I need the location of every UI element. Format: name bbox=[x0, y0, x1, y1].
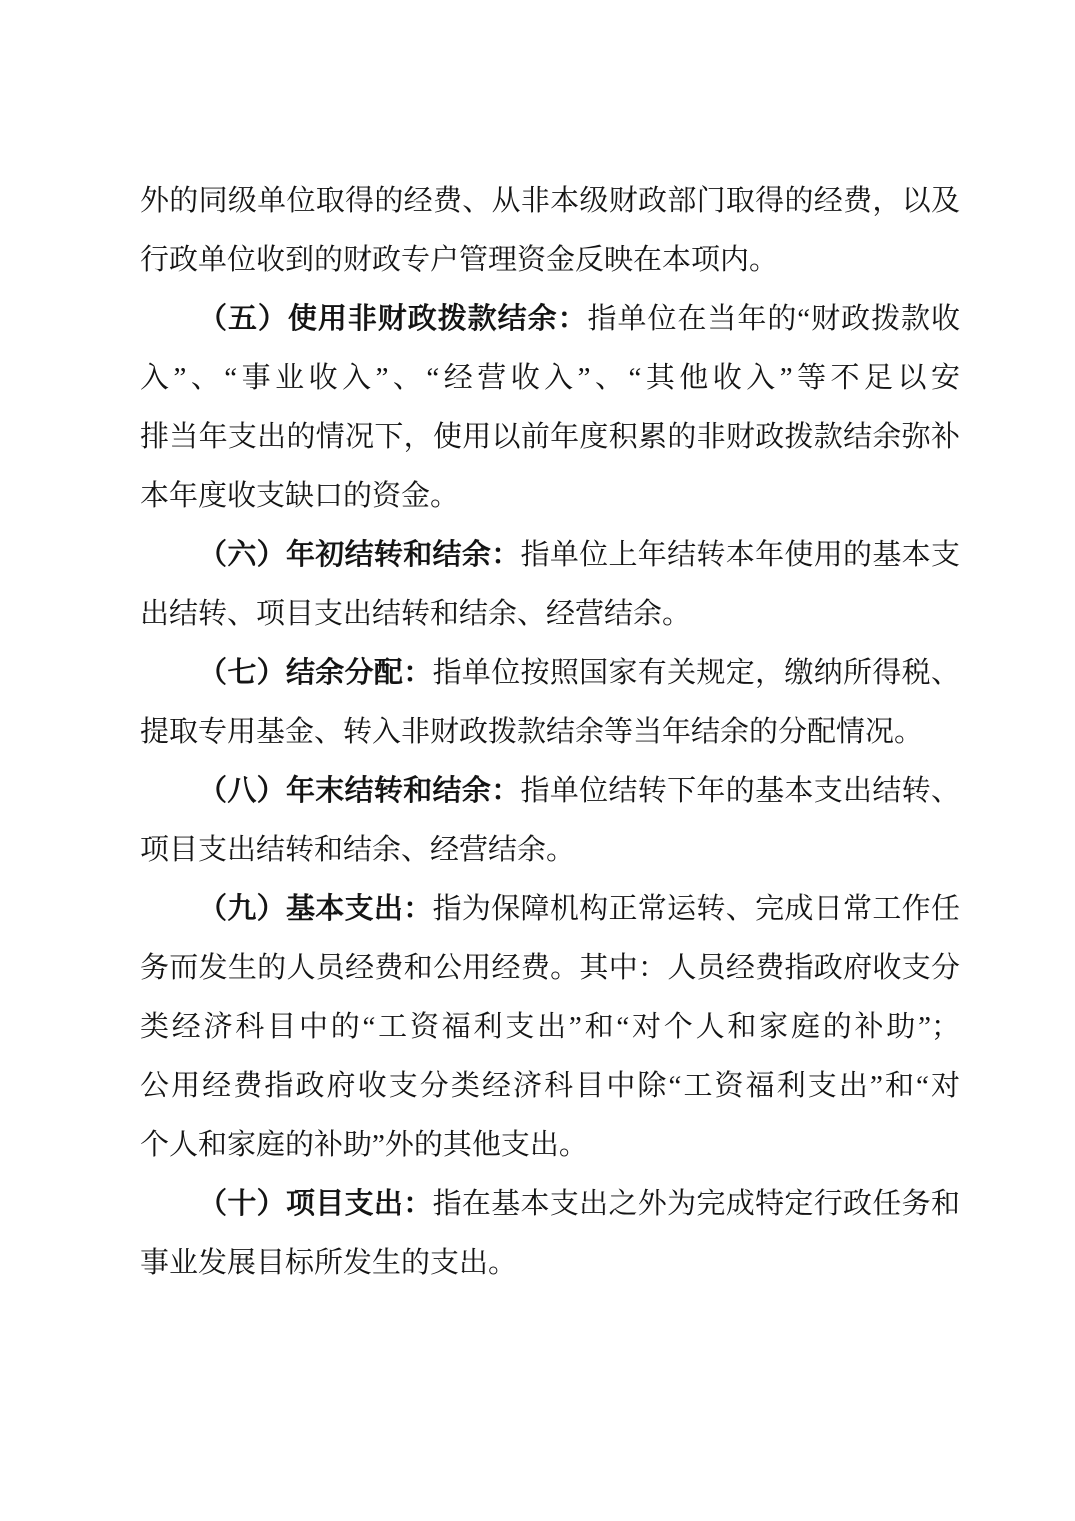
text-line: 出结转、项目支出结转和结余、经营结余。 bbox=[140, 585, 960, 644]
paragraph-lead: （五）使用非财政拨款结余： bbox=[198, 303, 588, 335]
text-line: 行政单位收到的财政专户管理资金反映在本项内。 bbox=[140, 231, 960, 290]
paragraph-text: 出结转、项目支出结转和结余、经营结余。 bbox=[140, 598, 691, 630]
paragraph-text: 外的同级单位取得的经费、从非本级财政部门取得的经费，以及 bbox=[140, 185, 960, 217]
paragraph-lead: （九）基本支出： bbox=[198, 893, 433, 925]
text-line: 入”、“事业收入”、“经营收入”、“其他收入”等不足以安 bbox=[140, 349, 960, 408]
paragraph-text: 指单位在当年的“财政拨款收 bbox=[588, 303, 960, 335]
text-line: 务而发生的人员经费和公用经费。其中：人员经费指政府收支分 bbox=[140, 939, 960, 998]
text-block: 外的同级单位取得的经费、从非本级财政部门取得的经费，以及行政单位收到的财政专户管… bbox=[140, 172, 960, 1293]
paragraph-text: 指为保障机构正常运转、完成日常工作任 bbox=[433, 893, 960, 925]
paragraph-lead: （六）年初结转和结余： bbox=[198, 539, 521, 571]
text-line: 外的同级单位取得的经费、从非本级财政部门取得的经费，以及 bbox=[140, 172, 960, 231]
paragraph-text: 本年度收支缺口的资金。 bbox=[140, 480, 459, 512]
paragraph-text: 公用经费指政府收支分类经济科目中除“工资福利支出”和“对 bbox=[140, 1070, 960, 1102]
text-line: 公用经费指政府收支分类经济科目中除“工资福利支出”和“对 bbox=[140, 1057, 960, 1116]
text-line: （七）结余分配：指单位按照国家有关规定，缴纳所得税、 bbox=[140, 644, 960, 703]
text-line: 本年度收支缺口的资金。 bbox=[140, 467, 960, 526]
paragraph-lead: （七）结余分配： bbox=[198, 657, 433, 689]
text-line: （九）基本支出：指为保障机构正常运转、完成日常工作任 bbox=[140, 880, 960, 939]
paragraph-lead: （八）年末结转和结余： bbox=[198, 775, 521, 807]
paragraph-text: 指单位按照国家有关规定，缴纳所得税、 bbox=[433, 657, 960, 689]
text-line: （八）年末结转和结余：指单位结转下年的基本支出结转、 bbox=[140, 762, 960, 821]
paragraph-lead: （十）项目支出： bbox=[198, 1188, 433, 1220]
paragraph-text: 入”、“事业收入”、“经营收入”、“其他收入”等不足以安 bbox=[140, 362, 960, 394]
text-line: 个人和家庭的补助”外的其他支出。 bbox=[140, 1116, 960, 1175]
paragraph-text: 排当年支出的情况下，使用以前年度积累的非财政拨款结余弥补 bbox=[140, 421, 960, 453]
text-line: 项目支出结转和结余、经营结余。 bbox=[140, 821, 960, 880]
paragraph-text: 类经济科目中的“工资福利支出”和“对个人和家庭的补助”； bbox=[140, 1011, 960, 1043]
text-line: 类经济科目中的“工资福利支出”和“对个人和家庭的补助”； bbox=[140, 998, 960, 1057]
document-page: 外的同级单位取得的经费、从非本级财政部门取得的经费，以及行政单位收到的财政专户管… bbox=[0, 0, 1075, 1521]
text-line: 事业发展目标所发生的支出。 bbox=[140, 1234, 960, 1293]
text-line: （五）使用非财政拨款结余：指单位在当年的“财政拨款收 bbox=[140, 290, 960, 349]
paragraph-text: 个人和家庭的补助”外的其他支出。 bbox=[140, 1129, 588, 1161]
paragraph-text: 务而发生的人员经费和公用经费。其中：人员经费指政府收支分 bbox=[140, 952, 960, 984]
paragraph-text: 指在基本支出之外为完成特定行政任务和 bbox=[433, 1188, 960, 1220]
paragraph-text: 项目支出结转和结余、经营结余。 bbox=[140, 834, 575, 866]
text-line: 排当年支出的情况下，使用以前年度积累的非财政拨款结余弥补 bbox=[140, 408, 960, 467]
paragraph-text: 指单位结转下年的基本支出结转、 bbox=[521, 775, 960, 807]
text-line: （十）项目支出：指在基本支出之外为完成特定行政任务和 bbox=[140, 1175, 960, 1234]
paragraph-text: 事业发展目标所发生的支出。 bbox=[140, 1247, 517, 1279]
paragraph-text: 提取专用基金、转入非财政拨款结余等当年结余的分配情况。 bbox=[140, 716, 923, 748]
paragraph-text: 行政单位收到的财政专户管理资金反映在本项内。 bbox=[140, 244, 778, 276]
text-line: 提取专用基金、转入非财政拨款结余等当年结余的分配情况。 bbox=[140, 703, 960, 762]
paragraph-text: 指单位上年结转本年使用的基本支 bbox=[521, 539, 960, 571]
text-line: （六）年初结转和结余：指单位上年结转本年使用的基本支 bbox=[140, 526, 960, 585]
